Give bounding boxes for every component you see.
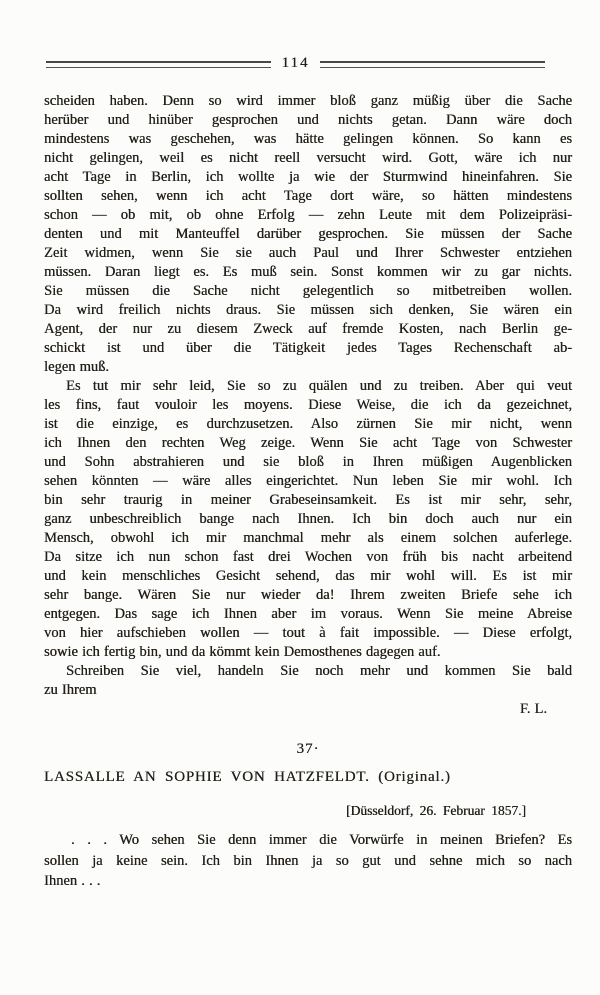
text-line: Es tut mir sehr leid, Sie so zu quälen u…	[44, 377, 572, 396]
book-page: 114 scheiden haben. Denn so wird immer b…	[0, 0, 600, 995]
text-line: . . . Wo sehen Sie denn immer die Vorwür…	[44, 830, 572, 851]
text-line: Mensch, obwohl ich mir manchmal mehr als…	[44, 529, 572, 548]
text-line: acht Tage in Berlin, ich wollte ja wie d…	[44, 168, 572, 187]
running-head: 114	[46, 57, 545, 71]
text-line: denten und mit Manteuffel darüber gespro…	[44, 225, 572, 244]
paragraph-closing: Schreiben Sie viel, handeln Sie noch meh…	[44, 662, 572, 700]
text-line: Da wird freilich nichts draus. Sie müsse…	[44, 301, 572, 320]
text-line: sowie ich fertig bin, und da kömmt kein …	[44, 643, 572, 662]
text-line: von hier aufschieben wollen — tout à fai…	[44, 624, 572, 643]
text-line: und Sohn abstrahieren und sie bloß in Ih…	[44, 453, 572, 472]
text-line: entgegen. Das sage ich Ihnen aber im vor…	[44, 605, 572, 624]
text-line: Agent, der nur zu diesem Zweck auf fremd…	[44, 320, 572, 339]
text-line: les fins, faut vouloir les moyens. Diese…	[44, 396, 572, 415]
section-dateline: [Düsseldorf, 26. Februar 1857.]	[44, 801, 572, 820]
text-line: schickt ist und über die Tätigkeit jedes…	[44, 339, 572, 358]
text-line: bin sehr traurig in meiner Grabeseinsamk…	[44, 491, 572, 510]
text-line: mindestens was geschehen, was hätte geli…	[44, 130, 572, 149]
signature-line: F. L.	[44, 700, 572, 719]
paragraph: Es tut mir sehr leid, Sie so zu quälen u…	[44, 377, 572, 662]
text-line: Da sitze ich nun schon fast drei Wochen …	[44, 548, 572, 567]
text-line: sehen könnten — wäre alles eingerichtet.…	[44, 472, 572, 491]
text-line: Sie müssen die Sache nicht gelegentlich …	[44, 282, 572, 301]
text-line: sollten sehen, wenn ich acht Tage dort w…	[44, 187, 572, 206]
text-line: ich Ihnen den rechten Weg zeige. Wenn Si…	[44, 434, 572, 453]
text-line: ganz unbeschreiblich bange nach Ihnen. I…	[44, 510, 572, 529]
text-line: und kein menschliches Gesicht sehend, da…	[44, 567, 572, 586]
text-line: ist die einzige, es durchzusetzen. Also …	[44, 415, 572, 434]
section-heading: LASSALLE AN SOPHIE VON HATZFELDT. (Origi…	[44, 768, 572, 787]
text-line: sollen ja keine sein. Ich bin Ihnen ja s…	[44, 851, 572, 872]
text-line: müssen. Daran liegt es. Es muß sein. Son…	[44, 263, 572, 282]
page-number: 114	[282, 56, 310, 70]
paragraph-continuation: scheiden haben. Denn so wird immer bloß …	[44, 92, 572, 377]
text-line: legen muß.	[44, 358, 572, 377]
text-line: zu Ihrem	[44, 681, 572, 700]
text-line: nicht gelingen, weil es nicht reell vers…	[44, 149, 572, 168]
header-rule-right	[320, 61, 545, 68]
text-line: schon — ob mit, ob ohne Erfolg — zehn Le…	[44, 206, 572, 225]
text-line: herüber und hinüber gesprochen und nicht…	[44, 111, 572, 130]
text-line: sehr bange. Wären Sie nur wieder da! Ihr…	[44, 586, 572, 605]
section-number: 37·	[44, 740, 572, 759]
text-line: Zeit widmen, wenn Sie sie auch Paul und …	[44, 244, 572, 263]
text-line: scheiden haben. Denn so wird immer bloß …	[44, 92, 572, 111]
text-line: Ihnen . . .	[44, 871, 572, 892]
paragraph-opening: . . . Wo sehen Sie denn immer die Vorwür…	[44, 830, 572, 892]
text-column: scheiden haben. Denn so wird immer bloß …	[44, 92, 572, 892]
text-line: Schreiben Sie viel, handeln Sie noch meh…	[44, 662, 572, 681]
header-rule-left	[46, 61, 271, 68]
